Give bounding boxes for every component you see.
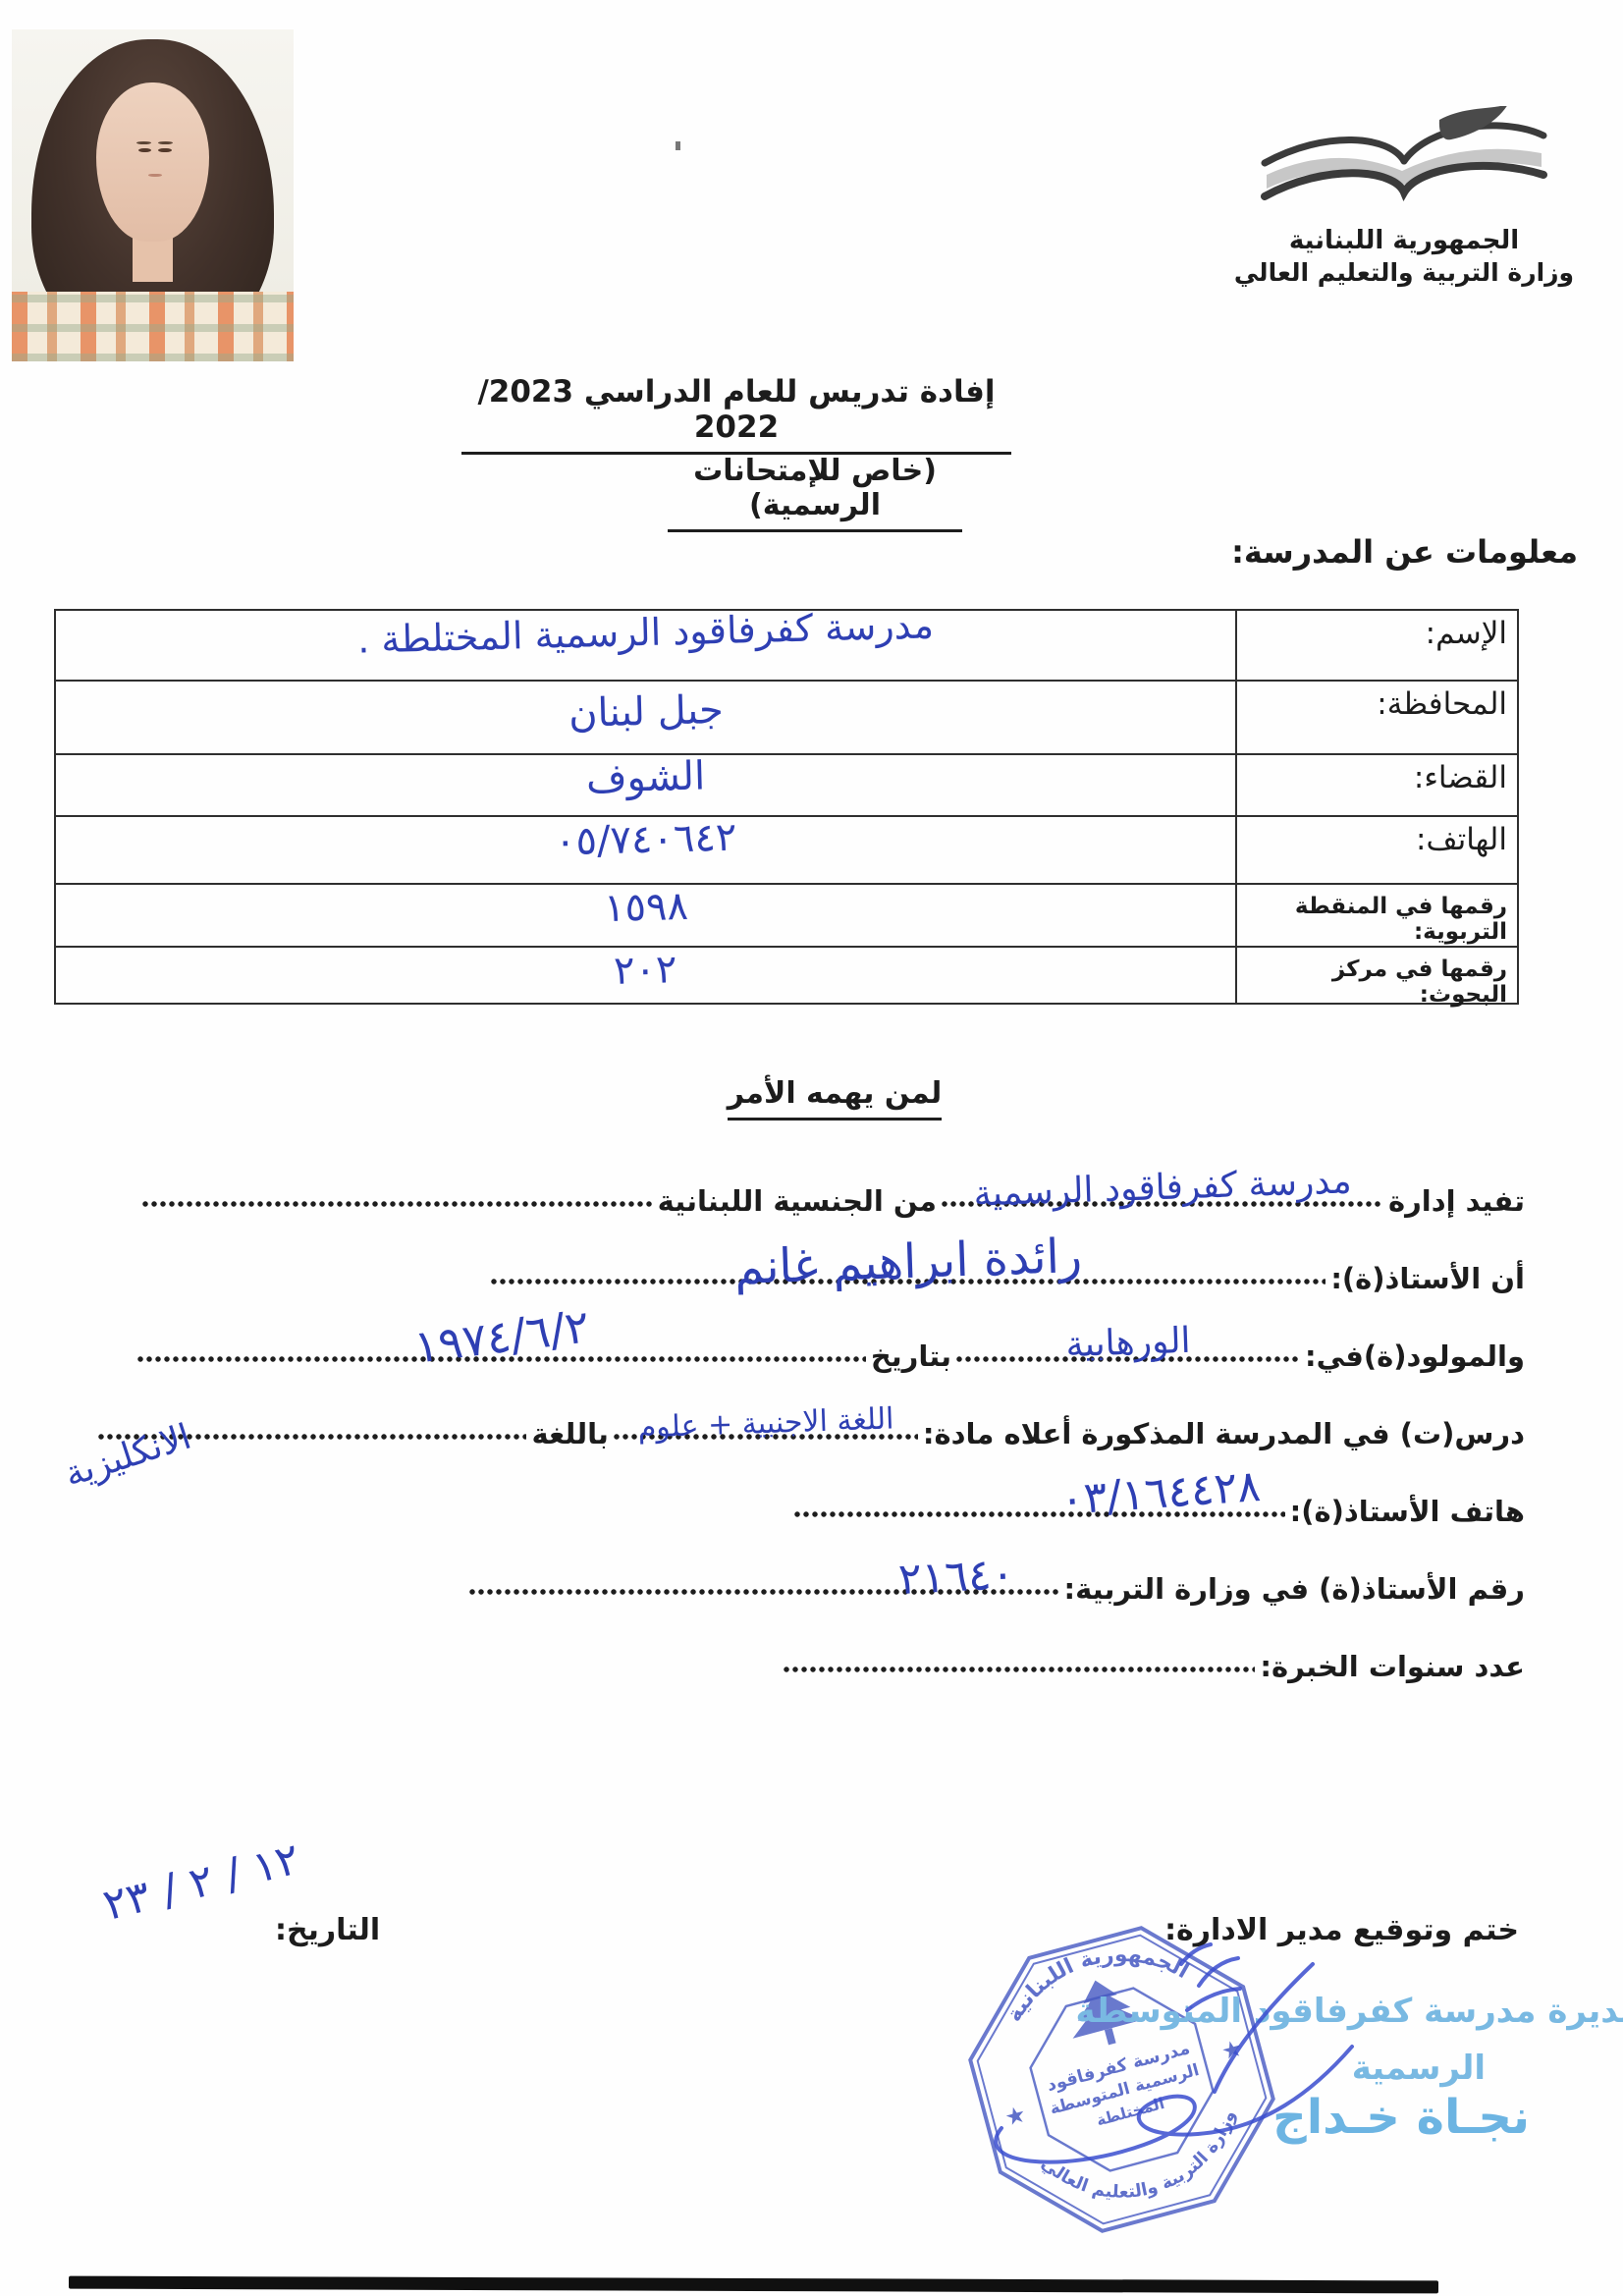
row-label: الإسم: xyxy=(1235,611,1517,680)
table-row-zone-number: رقمها في المنقطة التربوية: ١٥٩٨ xyxy=(56,883,1517,946)
dotted-field-ministry-number: ٢١٦٤٠ xyxy=(469,1586,1058,1598)
handwritten-district: الشوف xyxy=(585,753,705,801)
handwritten-ministry-number: ٢١٦٤٠ xyxy=(897,1549,1016,1605)
document-title: إفادة تدريس للعام الدراسي 2023/ 2022 xyxy=(461,374,1011,455)
handwritten-date: ١٢ / ٢ / ٢٣ xyxy=(45,1833,305,1943)
letter-line-experience: عدد سنوات الخبرة: xyxy=(98,1610,1530,1687)
ministry-line1: الجمهورية اللبنانية xyxy=(1227,226,1581,255)
dotted-field-experience xyxy=(784,1664,1255,1675)
ministry-line2: وزارة التربية والتعليم العالي xyxy=(1227,258,1581,287)
table-row-district: القضاء: الشوف xyxy=(56,753,1517,815)
handwritten-research-number: ٢٠٢ xyxy=(614,947,678,994)
dotted-filler xyxy=(142,1198,653,1210)
open-book-logo-icon xyxy=(1257,106,1551,224)
date-label: التاريخ: xyxy=(275,1913,380,1947)
dotted-field-birthdate: ١٩٧٤/٦/٢ xyxy=(137,1353,866,1365)
document-subtitle: (خاص للإمتحانات الرسمية) xyxy=(668,454,962,532)
letter-line-teacher-name: أن الأستاذ(ة): رائدة ابراهيم غانم xyxy=(98,1222,1530,1299)
director-signature xyxy=(967,1917,1399,2215)
teacher-photo xyxy=(12,29,294,361)
handwritten-governorate: جبل لبنان xyxy=(568,680,724,737)
row-label: المحافظة: xyxy=(1235,682,1517,753)
scanned-teaching-certificate: الجمهورية اللبنانية وزارة التربية والتعل… xyxy=(0,0,1623,2296)
school-info-heading: معلومات عن المدرسة: xyxy=(1231,533,1578,571)
handwritten-teacher-name: رائدة ابراهيم غانم xyxy=(733,1229,1083,1295)
photo-face xyxy=(96,82,209,242)
table-row-name: الإسم: مدرسة كفرفاقود الرسمية المختلطة . xyxy=(56,611,1517,680)
dotted-field-subject: اللغة الاجنبية + علوم xyxy=(614,1431,918,1443)
handwritten-zone-number: ١٥٩٨ xyxy=(603,884,688,931)
dotted-field-birthplace: الورهابية xyxy=(956,1353,1300,1365)
handwritten-subject: اللغة الاجنبية + علوم xyxy=(637,1401,894,1445)
scan-artifact-strip xyxy=(69,2276,1438,2294)
dotted-field-name: رائدة ابراهيم غانم xyxy=(491,1276,1325,1287)
row-label: رقمها في المنقطة التربوية: xyxy=(1235,885,1517,946)
row-label: القضاء: xyxy=(1235,755,1517,815)
handwritten-school-phone: ٠٥/٧٤٠٦٤٢ xyxy=(554,815,737,865)
dotted-field-school: مدرسة كفرفاقود الرسمية xyxy=(942,1198,1383,1210)
letter-body: تفيد إدارة مدرسة كفرفاقود الرسمية من الج… xyxy=(98,1144,1530,1687)
letter-line-administration: تفيد إدارة مدرسة كفرفاقود الرسمية من الج… xyxy=(98,1144,1530,1222)
handwritten-school-name: مدرسة كفرفاقود الرسمية المختلطة . xyxy=(357,603,935,661)
school-info-table: الإسم: مدرسة كفرفاقود الرسمية المختلطة .… xyxy=(54,609,1519,1005)
letter-line-subject: درس(ت) في المدرسة المذكورة أعلاه مادة: ا… xyxy=(98,1377,1530,1454)
scan-artifact-dot xyxy=(676,141,680,150)
photo-plaid-shirt xyxy=(12,292,294,361)
letter-line-ministry-number: رقم الأستاذ(ة) في وزارة التربية: ٢١٦٤٠ xyxy=(98,1532,1530,1610)
row-label: الهاتف: xyxy=(1235,817,1517,883)
table-row-governorate: المحافظة: جبل لبنان xyxy=(56,680,1517,753)
letter-line-teacher-phone: هاتف الأستاذ(ة): ٠٣/١٦٤٤٢٨ xyxy=(98,1454,1530,1532)
table-row-phone: الهاتف: ٠٥/٧٤٠٦٤٢ xyxy=(56,815,1517,883)
dotted-field-teacher-phone: ٠٣/١٦٤٤٢٨ xyxy=(794,1508,1285,1520)
ministry-header: الجمهورية اللبنانية وزارة التربية والتعل… xyxy=(1227,106,1581,287)
handwritten-school: مدرسة كفرفاقود الرسمية xyxy=(973,1161,1352,1214)
handwritten-birthplace: الورهابية xyxy=(1065,1321,1191,1365)
handwritten-teacher-phone: ٠٣/١٦٤٤٢٨ xyxy=(1058,1461,1262,1525)
handwritten-birthdate: ١٩٧٤/٦/٢ xyxy=(411,1299,592,1373)
to-whom-it-may-concern-heading: لمن يهمه الأمر xyxy=(677,1076,992,1121)
row-label: رقمها في مركز البحوث: xyxy=(1235,948,1517,1003)
letter-line-birth: والمولود(ة)في: الورهابية بتاريخ ١٩٧٤/٦/٢ xyxy=(98,1299,1530,1377)
dotted-field-language: الانكليزية xyxy=(98,1431,526,1443)
table-row-research-number: رقمها في مركز البحوث: ٢٠٢ xyxy=(56,946,1517,1003)
